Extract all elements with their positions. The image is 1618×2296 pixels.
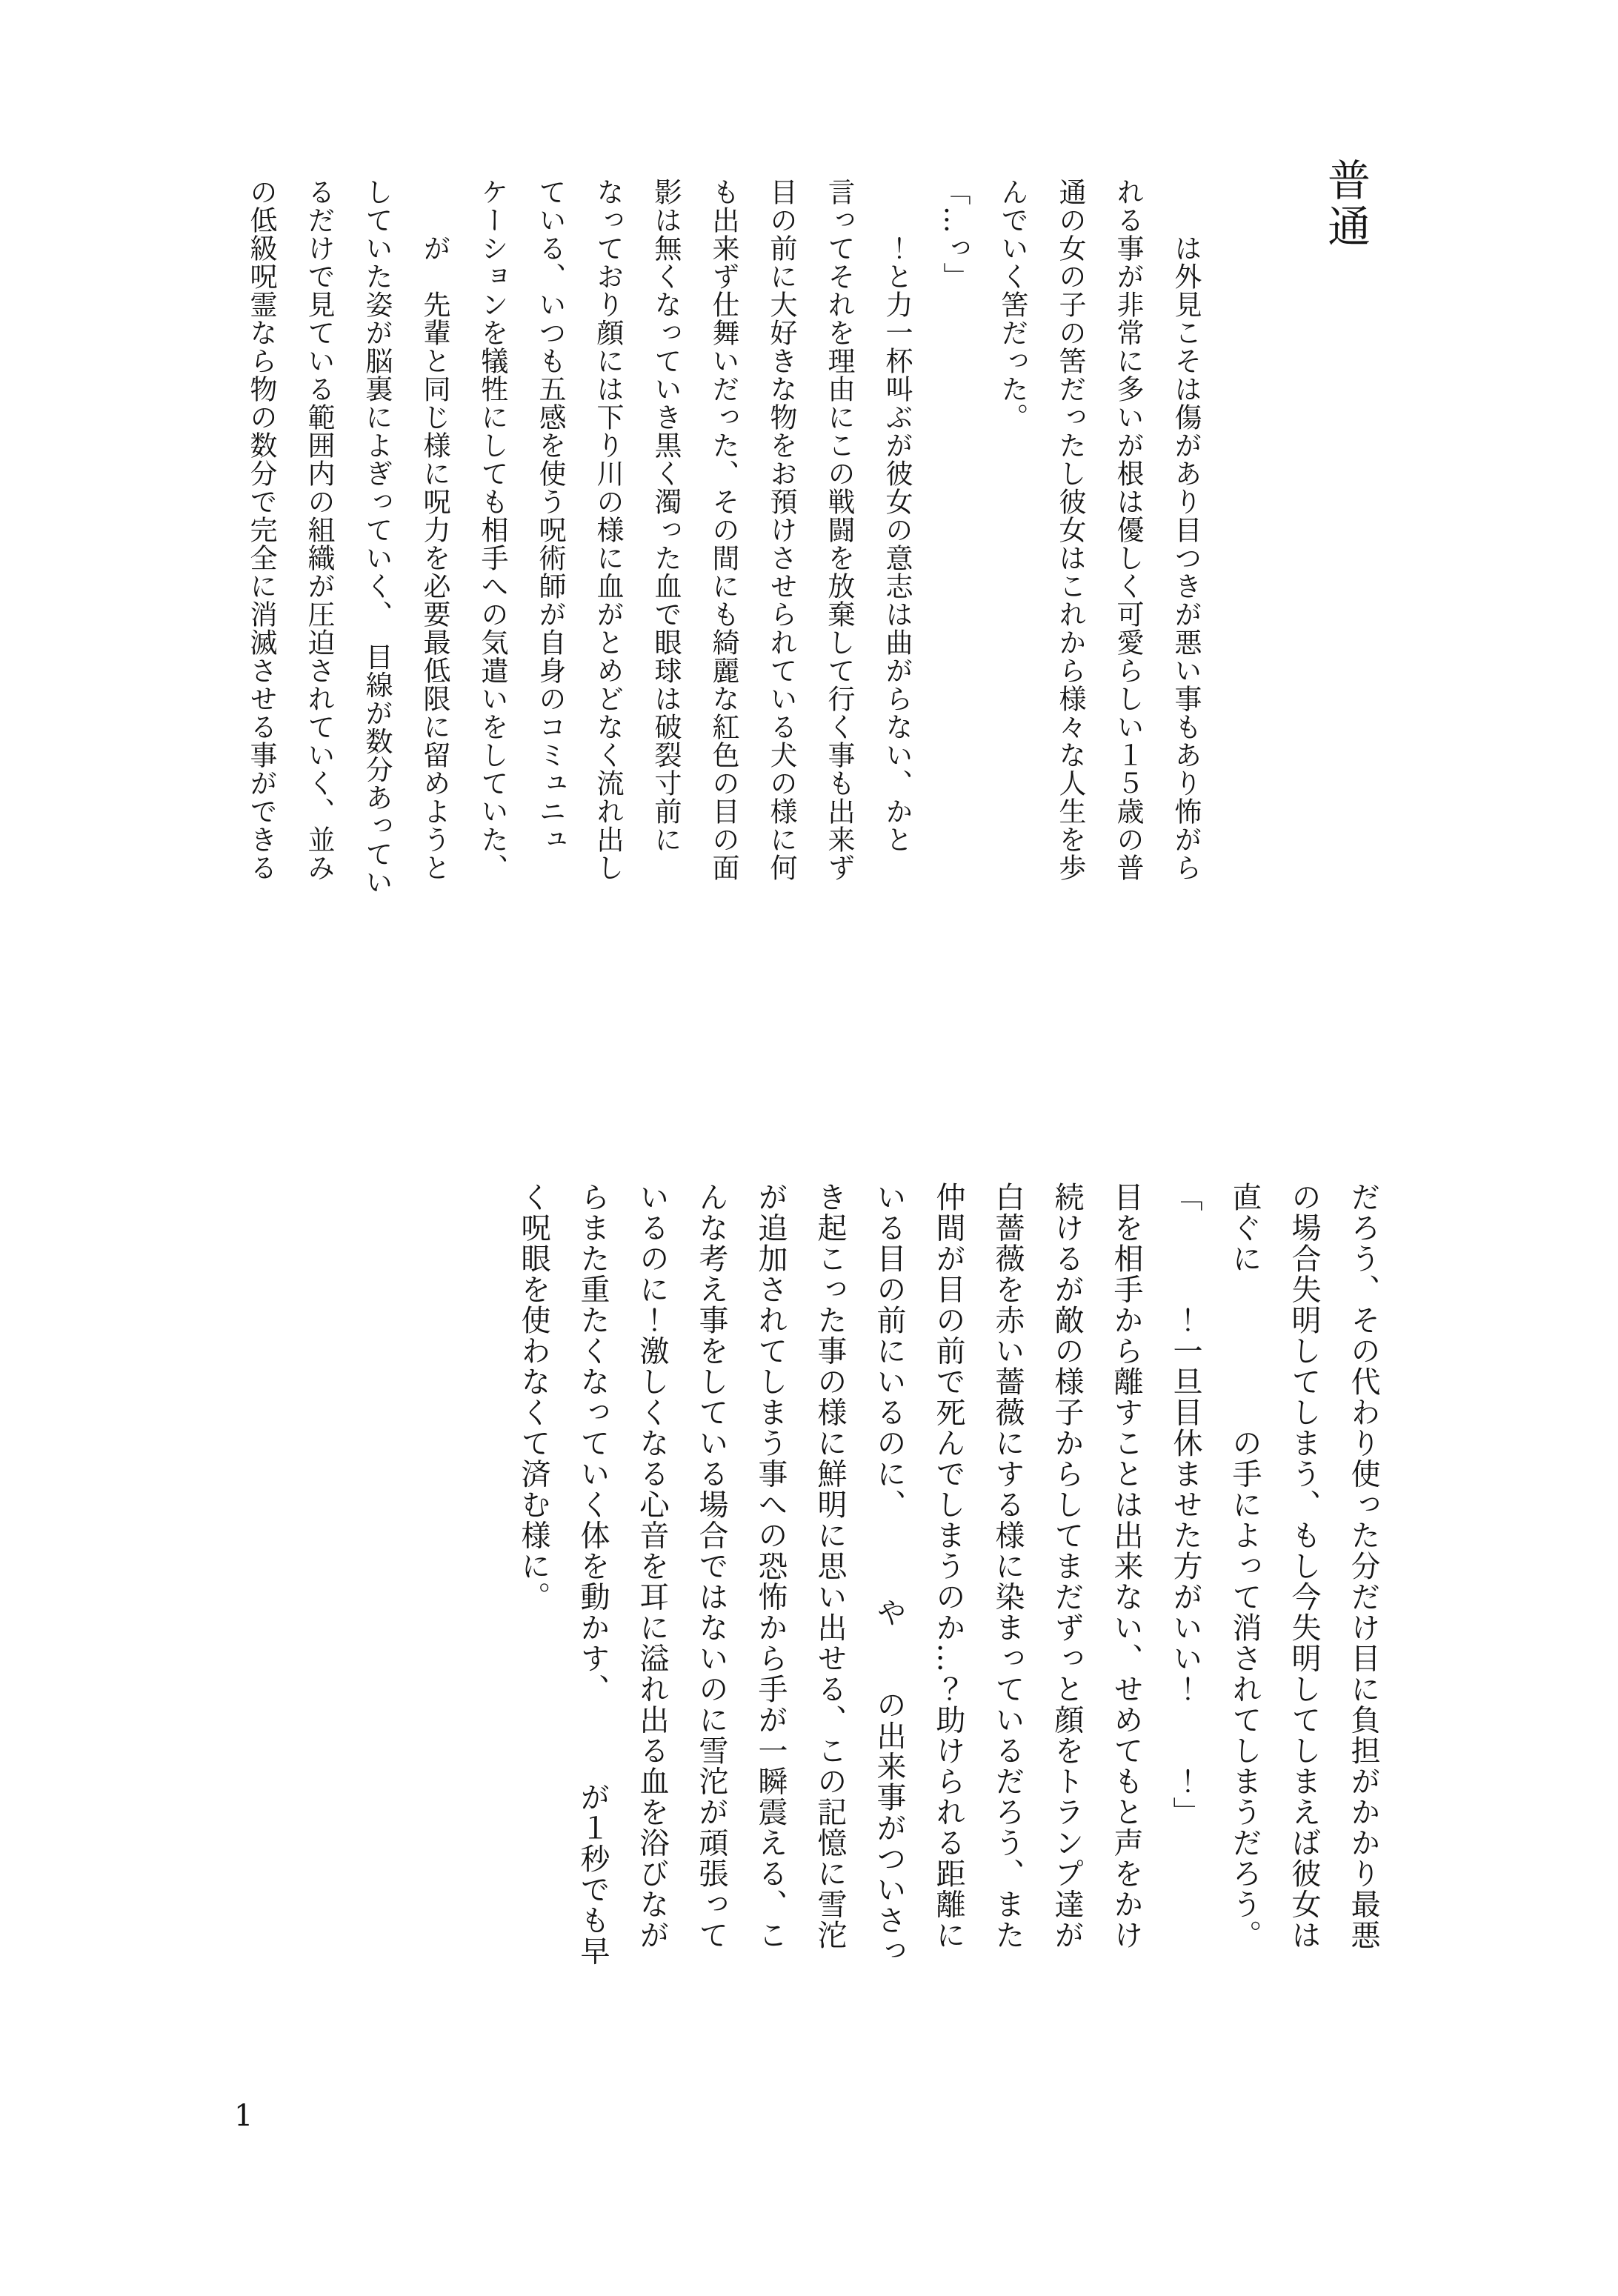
body-text-top-block: は外見こそは傷があり目つきが悪い事もあり怖がら れる事が非常に多いが根は優しく可… bbox=[232, 178, 1214, 1008]
document-page: 普通 は外見こそは傷があり目つきが悪い事もあり怖がら れる事が非常に多いが根は優… bbox=[0, 0, 1618, 2296]
page-title: 普通 bbox=[1314, 158, 1376, 250]
body-text-bottom-block: だろう、その代わり使った分だけ目に負担がかかり最悪 の場合失明してしまう、もし今… bbox=[504, 1182, 1393, 2041]
page-number: 1 bbox=[234, 2101, 253, 2131]
